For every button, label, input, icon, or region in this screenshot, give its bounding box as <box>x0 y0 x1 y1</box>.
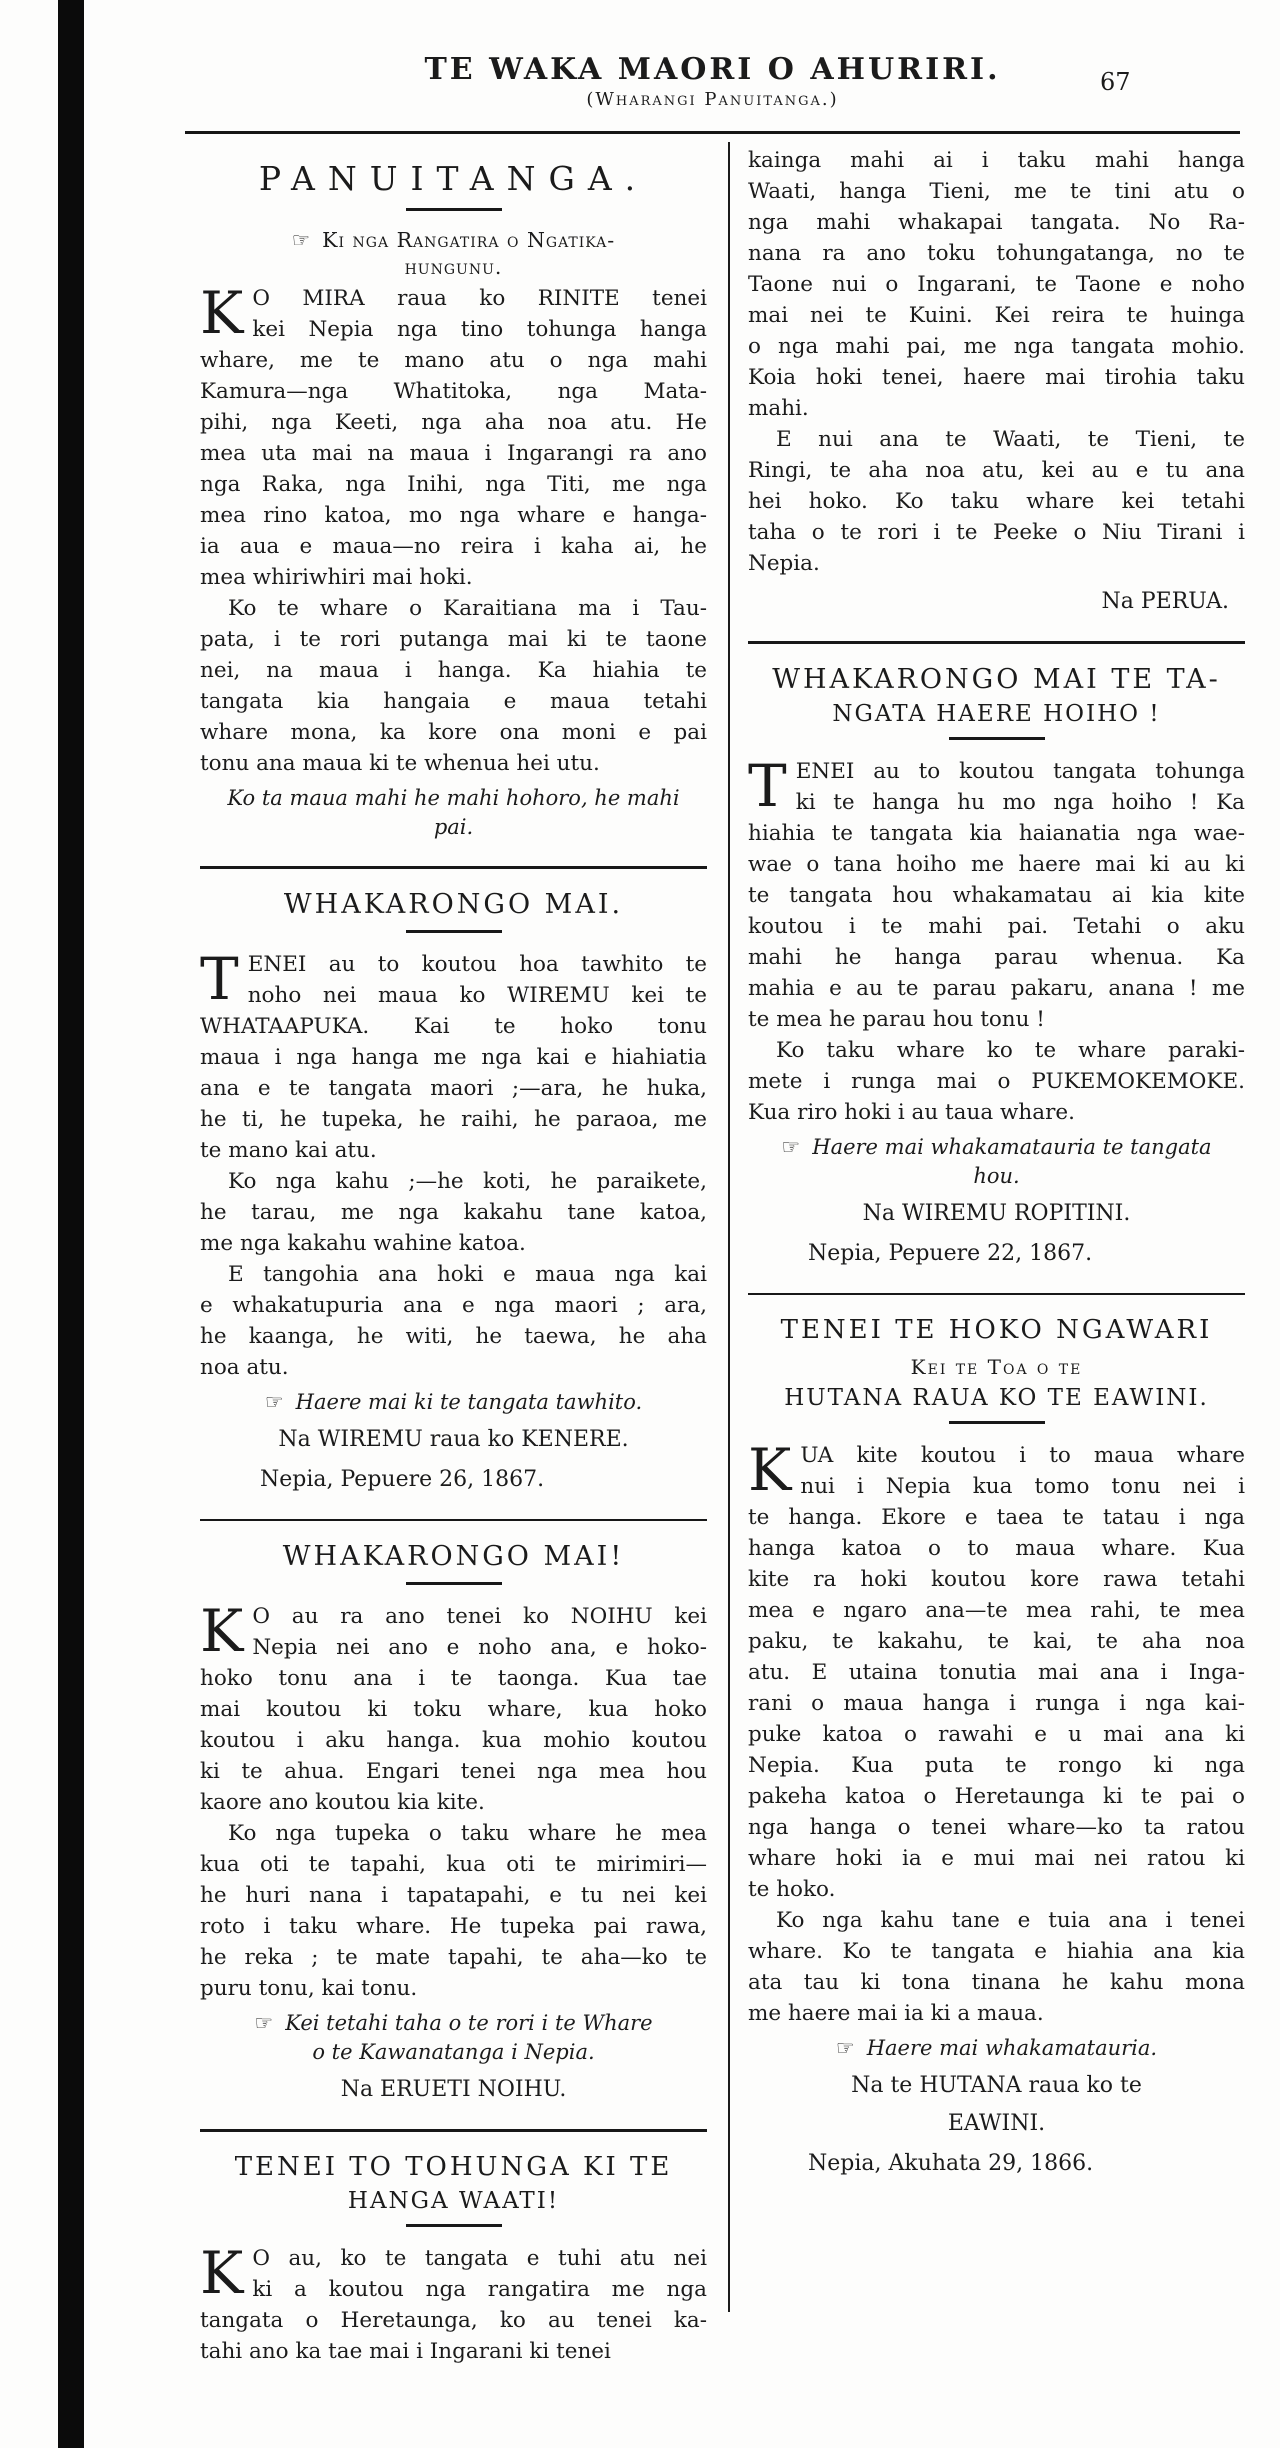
text-line: ☞Haere mai ki te tangata tawhito. <box>200 1388 707 1417</box>
text-line: WHATAAPUKA. Kai te hoko tonu <box>200 1011 707 1042</box>
text-block: Na ERUETI NOIHU. <box>200 2074 707 2105</box>
text-line: mahi. <box>748 393 1245 424</box>
text-line: Na ERUETI NOIHU. <box>200 2074 707 2105</box>
pointing-hand-icon: ☞ <box>292 228 310 252</box>
drop-cap: K <box>200 1601 252 1658</box>
text-line: Ko ta maua mahi he mahi hohoro, he mahi <box>200 784 707 813</box>
text-block: TENEI au to koutou tangata tohungaki te … <box>748 756 1245 1035</box>
text-line: Taone nui o Ingarani, te Taone e noho <box>748 269 1245 300</box>
text-block: Ko taku whare ko te whare paraki-mete i … <box>748 1035 1245 1128</box>
right-column: kainga mahi ai i taku mahi hangaWaati, h… <box>748 145 1245 2181</box>
text-line: Nepia, Pepuere 26, 1867. <box>200 1464 707 1495</box>
heading-rule <box>406 930 502 933</box>
pointing-hand-icon: ☞ <box>836 2036 855 2060</box>
text-line: kei Nepia nga tino tohunga hanga <box>200 314 707 345</box>
advert-section: TENEI TO TOHUNGA KI TEHANGA WAATI!KO au,… <box>200 2129 707 2367</box>
text-line: O MIRA raua ko RINITE tenei <box>200 283 707 314</box>
text-line: mea uta mai na maua i Ingarangi ra ano <box>200 438 707 469</box>
text-line: mai nei te Kuini. Kei reira te huinga <box>748 300 1245 331</box>
text-line: E nui ana te Waati, te Tieni, te <box>748 424 1245 455</box>
text-block: Nepia, Pepuere 22, 1867. <box>748 1238 1245 1269</box>
drop-cap: T <box>200 949 248 1006</box>
text-line: nei, na maua i hanga. Ka hiahia te <box>200 655 707 686</box>
section-heading: Kei te Toa o te <box>748 1355 1245 1379</box>
text-line: hanga katoa o to maua whare. Kua <box>748 1533 1245 1564</box>
text-line: hou. <box>748 1162 1245 1191</box>
text-block: E tangohia ana hoki e maua nga kaie whak… <box>200 1259 707 1383</box>
drop-cap: K <box>200 283 252 340</box>
text-line: pai. <box>200 813 707 842</box>
text-line: te mea he parau hou tonu ! <box>748 1004 1245 1035</box>
text-line: whare hoki ia e mui mai nei ratou ki <box>748 1843 1245 1874</box>
text-line: me haere mai ia ki a maua. <box>748 1998 1245 2029</box>
text-line: taha o te rori i te Peeke o Niu Tirani i <box>748 517 1245 548</box>
text-block: Nepia, Akuhata 29, 1866. <box>748 2148 1245 2179</box>
section-heading: TENEI TE HOKO NGAWARI <box>748 1315 1245 1345</box>
text-block: Na WIREMU ROPITINI. <box>748 1198 1245 1229</box>
text-line: ☞Kei tetahi taha o te rori i te Whare <box>200 2009 707 2038</box>
text-block: E nui ana te Waati, te Tieni, teRingi, t… <box>748 424 1245 579</box>
text-line: maua i nga hanga me nga kai e hiahiatia <box>200 1042 707 1073</box>
section-heading: HUTANA RAUA KO TE EAWINI. <box>748 1385 1245 1411</box>
text-line: Na WIREMU ROPITINI. <box>748 1198 1245 1229</box>
text-line: Ringi, te aha noa atu, kei au e tu ana <box>748 455 1245 486</box>
text-line: ki te hanga hu mo nga hoiho ! Ka <box>748 787 1245 818</box>
section-divider-rule <box>200 2129 707 2132</box>
text-block: ☞Ki nga Rangatira o Ngatika-hungunu. <box>200 227 707 281</box>
header-rule <box>185 131 1240 134</box>
text-line: mea rino katoa, mo nga whare e hanga- <box>200 500 707 531</box>
text-line: Kamura—nga Whatitoka, nga Mata- <box>200 376 707 407</box>
text-line: mahia e au te parau pakaru, anana ! me <box>748 973 1245 1004</box>
drop-cap: K <box>200 2243 252 2300</box>
section-divider-rule <box>200 866 707 869</box>
text-line: mete i runga mai o PUKEMOKEMOKE. <box>748 1066 1245 1097</box>
text-block: kainga mahi ai i taku mahi hangaWaati, h… <box>748 145 1245 424</box>
text-line: rani o maua hanga i runga i nga kai- <box>748 1688 1245 1719</box>
text-line: Nepia. <box>748 548 1245 579</box>
text-line: mai koutou ki toku whare, kua hoko <box>200 1694 707 1725</box>
text-line: nga hanga o tenei whare—ko ta ratou <box>748 1812 1245 1843</box>
text-line: paku, te kakahu, te kai, te aha noa <box>748 1626 1245 1657</box>
section-divider-rule <box>200 1519 707 1522</box>
text-block: EAWINI. <box>748 2108 1245 2139</box>
text-line: Ko taku whare ko te whare paraki- <box>748 1035 1245 1066</box>
text-line: te tangata hou whakamatau ai kia kite <box>748 880 1245 911</box>
text-line: he tarau, me nga kakahu tane katoa, <box>200 1197 707 1228</box>
text-line: kainga mahi ai i taku mahi hanga <box>748 145 1245 176</box>
text-line: o te Kawanatanga i Nepia. <box>200 2038 707 2067</box>
text-line: puke katoa o rawahi e u mai ana ki <box>748 1719 1245 1750</box>
newspaper-masthead: TE WAKA MAORI O AHURIRI. <box>185 52 1240 87</box>
pointing-hand-icon: ☞ <box>254 2011 273 2035</box>
text-line: Nepia, Akuhata 29, 1866. <box>748 2148 1245 2179</box>
text-line: nga Raka, nga Inihi, nga Titi, me nga <box>200 469 707 500</box>
page-number: 67 <box>1100 68 1131 96</box>
advert-section: WHAKARONGO MAI TE TA-NGATA HAERE HOIHO !… <box>748 641 1245 1269</box>
section-divider-rule <box>748 641 1245 644</box>
section-heading: WHAKARONGO MAI TE TA- <box>748 664 1245 695</box>
heading-rule <box>406 1582 502 1585</box>
text-block: Ko ta maua mahi he mahi hohoro, he mahip… <box>200 784 707 842</box>
text-line: Ko te whare o Karaitiana ma i Tau- <box>200 593 707 624</box>
advert-section: TENEI TE HOKO NGAWARIKei te Toa o teHUTA… <box>748 1293 1245 2180</box>
heading-rule <box>406 208 502 211</box>
pointing-hand-icon: ☞ <box>781 1135 800 1159</box>
text-block: KO au ra ano tenei ko NOIHU keiNepia nei… <box>200 1601 707 1818</box>
section-heading: WHAKARONGO MAI. <box>200 889 707 920</box>
text-line: E tangohia ana hoki e maua nga kai <box>200 1259 707 1290</box>
text-line: roto i taku whare. He tupeka pai rawa, <box>200 1911 707 1942</box>
drop-cap: K <box>748 1440 800 1497</box>
advert-section: PANUITANGA.☞Ki nga Rangatira o Ngatika-h… <box>200 159 707 842</box>
text-line: whare mona, ka kore ona moni e pai <box>200 717 707 748</box>
text-line: ki a koutou nga rangatira me nga <box>200 2274 707 2305</box>
text-line: ENEI au to koutou tangata tohunga <box>748 756 1245 787</box>
text-line: pihi, nga Keeti, nga aha noa atu. He <box>200 407 707 438</box>
text-line: o nga mahi pai, me nga tangata mohio. <box>748 331 1245 362</box>
text-line: tahi ano ka tae mai i Ingarani ki tenei <box>200 2336 707 2367</box>
text-block: ☞Haere mai whakamatauria te tangatahou. <box>748 1133 1245 1191</box>
text-line: tangata kia hangaia e maua tetahi <box>200 686 707 717</box>
text-block: Na WIREMU raua ko KENERE. <box>200 1424 707 1455</box>
text-line: ana e te tangata maori ;—ara, he huka, <box>200 1073 707 1104</box>
text-line: mahi he hanga parau whenua. Ka <box>748 942 1245 973</box>
text-line: kua oti te tapahi, kua oti te mirimiri— <box>200 1849 707 1880</box>
text-block: KUA kite koutou i to maua wharenui i Nep… <box>748 1440 1245 1905</box>
text-line: Nepia nei ano e noho ana, e hoko- <box>200 1632 707 1663</box>
text-line: he reka ; te mate tapahi, te aha—ko te <box>200 1942 707 1973</box>
left-column: PANUITANGA.☞Ki nga Rangatira o Ngatika-h… <box>200 145 707 2367</box>
text-line: Nepia, Pepuere 22, 1867. <box>748 1238 1245 1269</box>
text-line: ☞Haere mai whakamatauria. <box>748 2034 1245 2063</box>
scan-edge-gutter <box>58 0 84 2448</box>
section-heading: NGATA HAERE HOIHO ! <box>748 701 1245 727</box>
text-line: nana ra ano toku tohungatanga, no te <box>748 238 1245 269</box>
text-line: ia aua e maua—no reira i kaha ai, he <box>200 531 707 562</box>
text-block: Ko te whare o Karaitiana ma i Tau-pata, … <box>200 593 707 779</box>
text-line: pata, i te rori putanga mai ki te taone <box>200 624 707 655</box>
section-heading: PANUITANGA. <box>200 159 707 198</box>
advert-section: WHAKARONGO MAI!KO au ra ano tenei ko NOI… <box>200 1519 707 2106</box>
text-line: te hoko. <box>748 1874 1245 1905</box>
text-line: O au, ko te tangata e tuhi atu nei <box>200 2243 707 2274</box>
text-block: KO MIRA raua ko RINITE teneikei Nepia ng… <box>200 283 707 593</box>
text-line: nga mahi whakapai tangata. No Ra- <box>748 207 1245 238</box>
text-block: Nepia, Pepuere 26, 1867. <box>200 1464 707 1495</box>
text-line: ki te ahua. Engari tenei nga mea hou <box>200 1756 707 1787</box>
page-header: TE WAKA MAORI O AHURIRI. (Wharangi Panui… <box>185 52 1240 110</box>
text-line: he kaanga, he witi, he taewa, he aha <box>200 1321 707 1352</box>
text-line: koutou i aku hanga. kua mohio koutou <box>200 1725 707 1756</box>
heading-rule <box>406 2224 502 2227</box>
text-line: te mano kai atu. <box>200 1135 707 1166</box>
text-line: Kua riro hoki i au taua whare. <box>748 1097 1245 1128</box>
heading-rule <box>949 1421 1045 1424</box>
pointing-hand-icon: ☞ <box>265 1390 284 1414</box>
text-line: tonu ana maua ki te whenua hei utu. <box>200 748 707 779</box>
text-block: Ko nga kahu tane e tuia ana i teneiwhare… <box>748 1905 1245 2029</box>
text-line: tangata o Heretaunga, ko au tenei ka- <box>200 2305 707 2336</box>
text-line: Ko nga kahu tane e tuia ana i tenei <box>748 1905 1245 1936</box>
text-block: TENEI au to koutou hoa tawhito tenoho ne… <box>200 949 707 1166</box>
text-block: Na te HUTANA raua ko te <box>748 2070 1245 2101</box>
text-line: e whakatupuria ana e nga maori ; ara, <box>200 1290 707 1321</box>
text-line: te hanga. Ekore e taea te tatau i nga <box>748 1502 1245 1533</box>
text-line: hei hoko. Ko taku whare kei tetahi <box>748 486 1245 517</box>
section-divider-rule <box>748 1293 1245 1296</box>
advert-section: kainga mahi ai i taku mahi hangaWaati, h… <box>748 145 1245 617</box>
text-line: ☞Ki nga Rangatira o Ngatika- <box>200 227 707 254</box>
text-line: UA kite koutou i to maua whare <box>748 1440 1245 1471</box>
text-line: noho nei maua ko WIREMU kei te <box>200 980 707 1011</box>
text-line: mea e ngaro ana—te mea rahi, te mea <box>748 1595 1245 1626</box>
text-line: wae o tana hoiho me haere mai ki au ki <box>748 849 1245 880</box>
text-line: Koia hoki tenei, haere mai tirohia taku <box>748 362 1245 393</box>
text-line: EAWINI. <box>748 2108 1245 2139</box>
text-line: kaore ano koutou kia kite. <box>200 1787 707 1818</box>
text-line: ☞Haere mai whakamatauria te tangata <box>748 1133 1245 1162</box>
text-line: koutou i te mahi pai. Tetahi o aku <box>748 911 1245 942</box>
text-line: O au ra ano tenei ko NOIHU kei <box>200 1601 707 1632</box>
text-line: ENEI au to koutou hoa tawhito te <box>200 949 707 980</box>
text-line: atu. E utaina tonutia mai ana i Inga- <box>748 1657 1245 1688</box>
text-line: pakeha katoa o Heretaunga ki te pai o <box>748 1781 1245 1812</box>
text-block: ☞Haere mai whakamatauria. <box>748 2034 1245 2063</box>
text-block: ☞Kei tetahi taha o te rori i te Whareo t… <box>200 2009 707 2067</box>
text-block: KO au, ko te tangata e tuhi atu neiki a … <box>200 2243 707 2367</box>
text-line: Na PERUA. <box>748 586 1245 617</box>
text-line: nui i Nepia kua tomo tonu nei i <box>748 1471 1245 1502</box>
text-line: mea whiriwhiri mai hoki. <box>200 562 707 593</box>
text-line: kite ra hoki koutou kore rawa tetahi <box>748 1564 1245 1595</box>
text-line: me nga kakahu wahine katoa. <box>200 1228 707 1259</box>
newspaper-masthead-subtitle: (Wharangi Panuitanga.) <box>185 89 1240 110</box>
text-line: Nepia. Kua puta te rongo ki nga <box>748 1750 1245 1781</box>
section-heading: HANGA WAATI! <box>200 2188 707 2214</box>
text-block: Na PERUA. <box>748 586 1245 617</box>
column-divider-rule <box>728 142 730 2312</box>
text-line: Ko nga kahu ;—he koti, he paraikete, <box>200 1166 707 1197</box>
text-block: ☞Haere mai ki te tangata tawhito. <box>200 1388 707 1417</box>
text-line: noa atu. <box>200 1352 707 1383</box>
text-line: hiahia te tangata kia haianatia nga wae- <box>748 818 1245 849</box>
text-line: ata tau ki tona tinana he kahu mona <box>748 1967 1245 1998</box>
text-line: he huri nana i tapatapahi, e tu nei kei <box>200 1880 707 1911</box>
drop-cap: T <box>748 756 796 813</box>
text-block: Ko nga kahu ;—he koti, he paraikete,he t… <box>200 1166 707 1259</box>
text-block: Ko nga tupeka o taku whare he meakua oti… <box>200 1818 707 2004</box>
section-heading: TENEI TO TOHUNGA KI TE <box>200 2152 707 2182</box>
text-line: whare. Ko te tangata e hiahia ana kia <box>748 1936 1245 1967</box>
text-line: whare, me te mano atu o nga mahi <box>200 345 707 376</box>
text-line: Na te HUTANA raua ko te <box>748 2070 1245 2101</box>
heading-rule <box>949 737 1045 740</box>
text-line: he ti, he tupeka, he raihi, he paraoa, m… <box>200 1104 707 1135</box>
text-line: Ko nga tupeka o taku whare he mea <box>200 1818 707 1849</box>
text-line: puru tonu, kai tonu. <box>200 1973 707 2004</box>
text-line: Na WIREMU raua ko KENERE. <box>200 1424 707 1455</box>
text-line: hoko tonu ana i te taonga. Kua tae <box>200 1663 707 1694</box>
text-line: Waati, hanga Tieni, me te tini atu o <box>748 176 1245 207</box>
text-line: hungunu. <box>200 254 707 281</box>
advert-section: WHAKARONGO MAI.TENEI au to koutou hoa ta… <box>200 866 707 1495</box>
section-heading: WHAKARONGO MAI! <box>200 1541 707 1572</box>
